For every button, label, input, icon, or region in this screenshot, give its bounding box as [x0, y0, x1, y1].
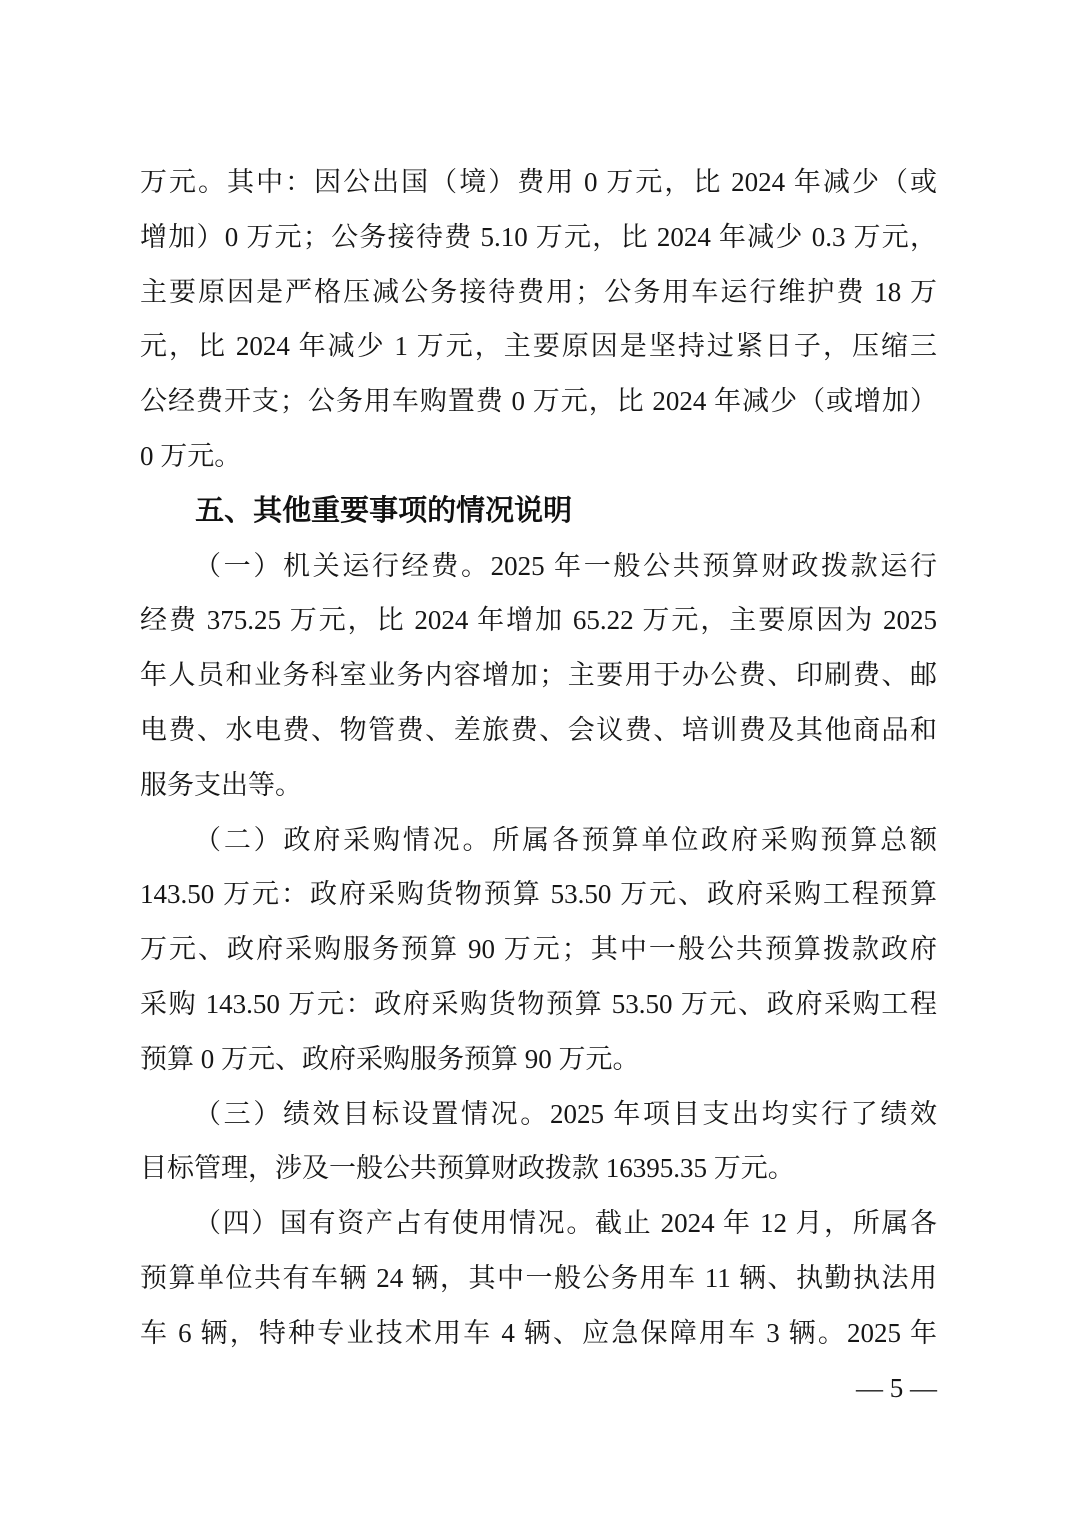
- body-line: 万元。其中：因公出国（境）费用 0 万元，比 2024 年减少（或: [140, 155, 937, 210]
- body-line: （三）绩效目标设置情况。2025 年项目支出均实行了绩效: [140, 1087, 937, 1142]
- body-line: （一）机关运行经费。2025 年一般公共预算财政拨款运行: [140, 539, 937, 594]
- body-line: 增加）0 万元；公务接待费 5.10 万元，比 2024 年减少 0.3 万元，: [140, 210, 937, 265]
- body-line: 车 6 辆，特种专业技术用车 4 辆、应急保障用车 3 辆。2025 年: [140, 1306, 937, 1361]
- body-line: 元，比 2024 年减少 1 万元，主要原因是坚持过紧日子，压缩三: [140, 319, 937, 374]
- text-block: 万元。其中：因公出国（境）费用 0 万元，比 2024 年减少（或 增加）0 万…: [140, 155, 937, 1415]
- body-line: 主要原因是严格压减公务接待费用；公务用车运行维护费 18 万: [140, 265, 937, 320]
- body-line: 预算单位共有车辆 24 辆，其中一般公务用车 11 辆、执勤执法用: [140, 1251, 937, 1306]
- body-line: 经费 375.25 万元，比 2024 年增加 65.22 万元，主要原因为 2…: [140, 593, 937, 648]
- body-line: 公经费开支；公务用车购置费 0 万元，比 2024 年减少（或增加）: [140, 374, 937, 429]
- body-line: 采购 143.50 万元：政府采购货物预算 53.50 万元、政府采购工程: [140, 977, 937, 1032]
- body-line: 143.50 万元：政府采购货物预算 53.50 万元、政府采购工程预算: [140, 867, 937, 922]
- page-number: — 5 —: [140, 1361, 937, 1416]
- body-line: 预算 0 万元、政府采购服务预算 90 万元。: [140, 1032, 937, 1087]
- body-line: 万元、政府采购服务预算 90 万元；其中一般公共预算拨款政府: [140, 922, 937, 977]
- document-page: 万元。其中：因公出国（境）费用 0 万元，比 2024 年减少（或 增加）0 万…: [0, 0, 1074, 1520]
- body-line: （二）政府采购情况。所属各预算单位政府采购预算总额: [140, 813, 937, 868]
- body-line: 年人员和业务科室业务内容增加；主要用于办公费、印刷费、邮: [140, 648, 937, 703]
- body-line: 电费、水电费、物管费、差旅费、会议费、培训费及其他商品和: [140, 703, 937, 758]
- section-heading: 五、其他重要事项的情况说明: [140, 484, 937, 539]
- body-line: 0 万元。: [140, 429, 937, 484]
- body-line: 服务支出等。: [140, 758, 937, 813]
- body-line: 目标管理，涉及一般公共预算财政拨款 16395.35 万元。: [140, 1141, 937, 1196]
- body-line: （四）国有资产占有使用情况。截止 2024 年 12 月，所属各: [140, 1196, 937, 1251]
